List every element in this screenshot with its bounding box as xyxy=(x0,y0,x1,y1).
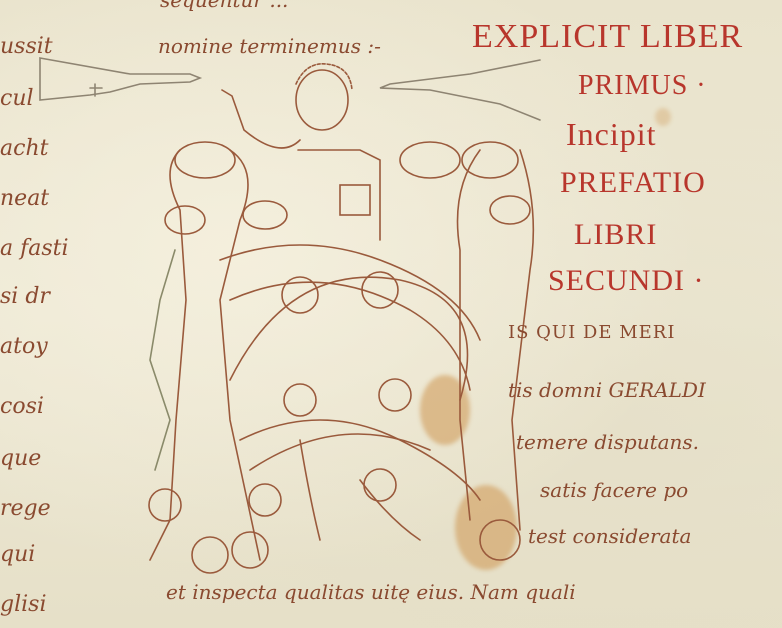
left-line: qui xyxy=(0,542,35,567)
body-line: IS QUI DE MERI xyxy=(508,322,675,343)
body-line: et inspecta qualitas uitę eius. Nam qual… xyxy=(166,580,576,604)
pointing-hand-right xyxy=(380,60,540,120)
body-line: test considerata xyxy=(528,524,691,548)
top-line-fragment: sequentur ... xyxy=(160,0,288,12)
body-line: temere disputans. xyxy=(516,430,699,454)
rubric-libri: LIBRI xyxy=(574,218,657,252)
left-line: si dr xyxy=(0,284,50,309)
figure-head xyxy=(296,70,348,130)
text-line-nomine: nomine terminemus :- xyxy=(158,34,381,58)
left-line: glisi xyxy=(0,592,46,617)
left-line: atoy xyxy=(0,334,48,359)
left-line: neat xyxy=(0,186,49,211)
body-line: satis facere po xyxy=(540,478,688,502)
pointing-hand-left xyxy=(40,58,200,100)
left-line: cosi xyxy=(0,394,44,419)
left-line: cul xyxy=(0,86,34,111)
rubric-explicit: EXPLICIT LIBER xyxy=(472,18,743,56)
rubric-incipit: Incipit xyxy=(566,116,657,153)
rubric-prefatio: PREFATIO xyxy=(560,166,706,200)
body-line: tis domni GERALDI xyxy=(508,378,706,402)
left-line: que xyxy=(0,446,41,471)
left-line: a fasti xyxy=(0,236,69,261)
left-line: acht xyxy=(0,136,48,161)
left-line: ussit xyxy=(0,34,53,59)
rubric-primus: PRIMUS · xyxy=(578,70,707,102)
rubric-secundi: SECUNDI · xyxy=(548,264,705,298)
left-line: rege xyxy=(0,496,51,521)
